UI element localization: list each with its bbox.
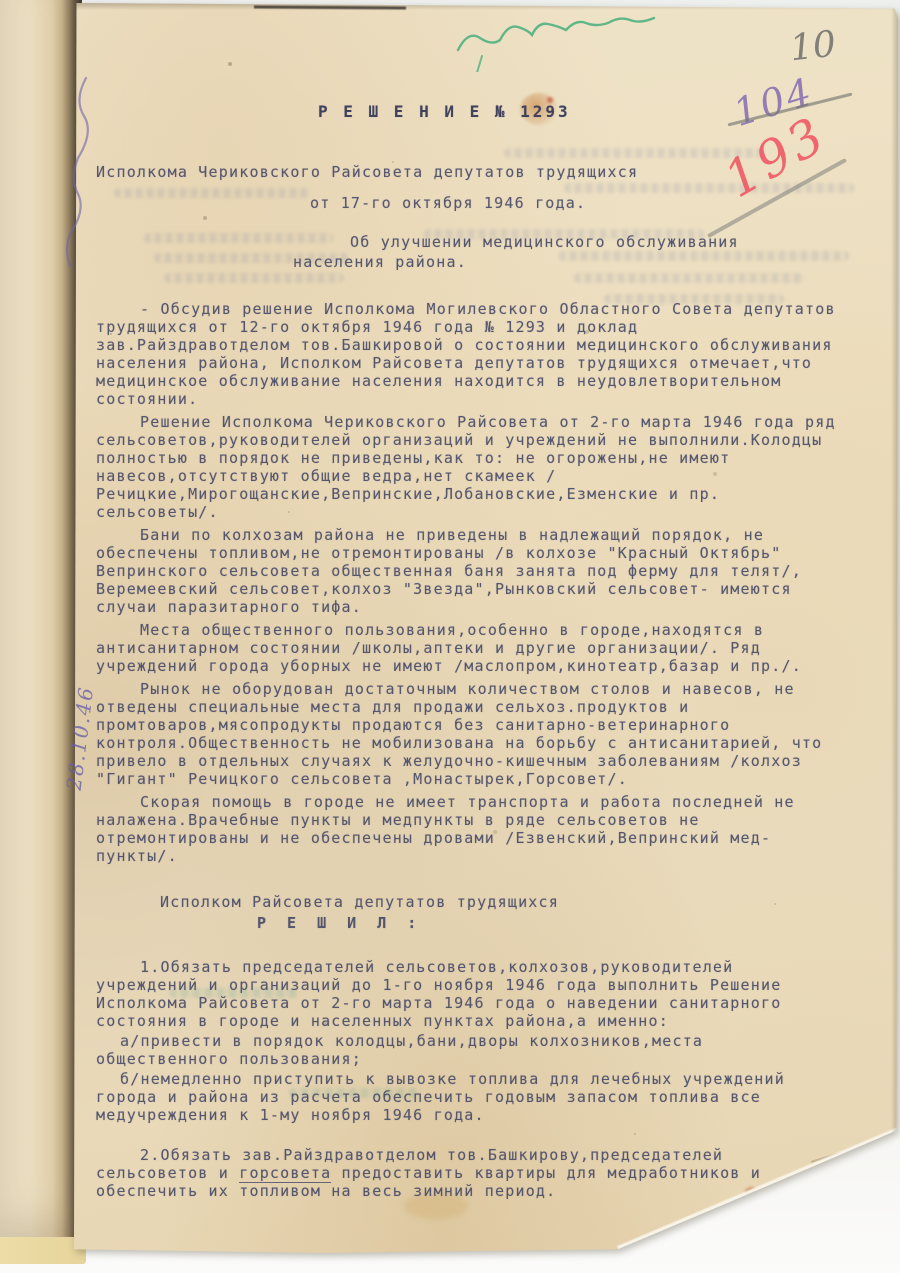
item2-underlined-word: горсовета (239, 1164, 331, 1183)
resolution-item-1b: б/немедленно приступить к вывозке топлив… (96, 1070, 840, 1124)
resolution-intro: Исполком Райсовета депутатов трудящихся (160, 893, 840, 911)
subject-line-1: Об улучшении медицинского обслуживания (350, 233, 840, 251)
paper-specks (74, 3, 76, 5)
subject-line-2: населения района. (293, 253, 840, 271)
body-paragraph: Места общественного пользования,особенно… (96, 621, 840, 675)
resolution-item-1: 1.Обязать председателей сельсоветов,колх… (96, 958, 840, 1030)
scanned-document: Р Е Ш Е Н И Е № 1293 Исполкома Чериковск… (0, 0, 900, 1273)
body-paragraph: Бани по колхозам района не приведены в н… (96, 526, 840, 616)
resolution-item-1a: а/привести в порядок колодцы,бани,дворы … (96, 1032, 840, 1068)
body-paragraph: - Обсудив решение Исполкома Могилевского… (96, 300, 840, 408)
resolution-verb: Р Е Ш И Л : (257, 914, 840, 932)
purple-ink-margin-scribble (56, 72, 102, 272)
body-paragraph: Решение Исполкома Чериковского Райсовета… (96, 413, 840, 521)
body-paragraph: Рынок не оборудован достаточным количест… (96, 680, 840, 788)
resolution-item-2: 2.Обязать зав.Райздравотделом тов.Башкир… (96, 1146, 840, 1200)
green-ink-scribble (450, 12, 665, 72)
body-paragraph: Скорая помощь в городе не имеет транспор… (96, 793, 840, 865)
pencil-page-number: 10 (788, 24, 838, 70)
